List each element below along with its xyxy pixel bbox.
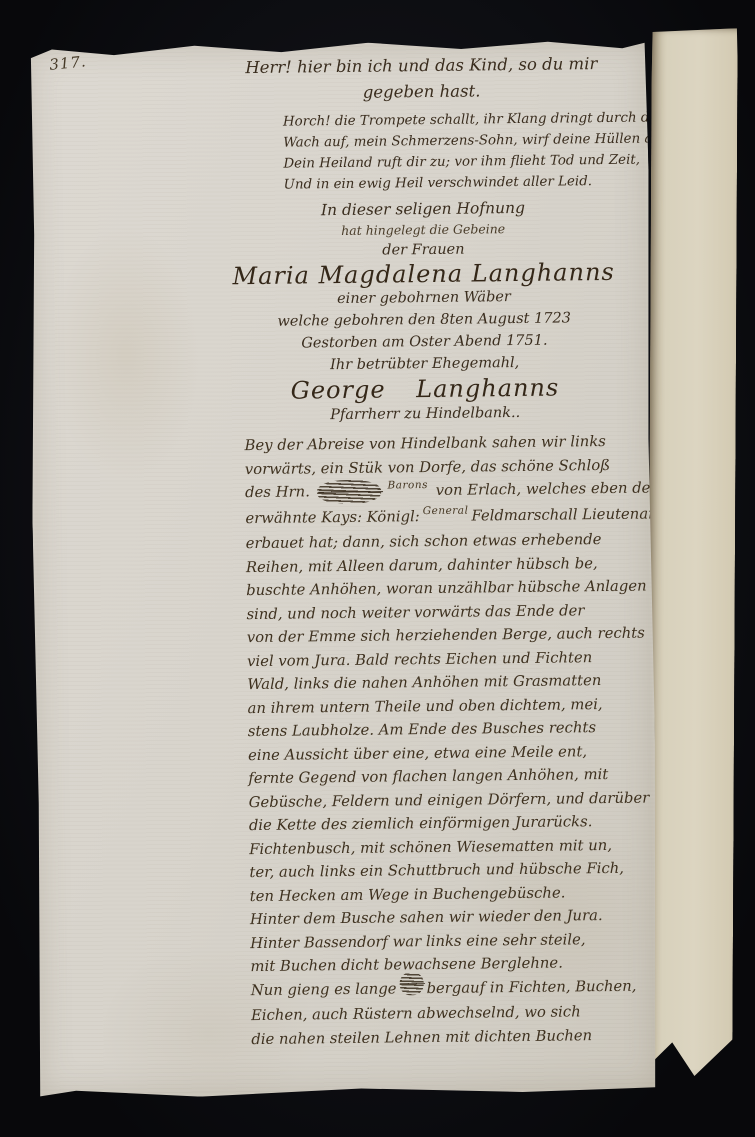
widower-title-line: Pfarrherr zu Hindelbank.. <box>206 401 644 428</box>
folio-number: 317. <box>48 52 87 74</box>
deceased-name: Maria Magdalena Langhanns <box>205 259 643 290</box>
inserted-word-general: General <box>423 504 469 517</box>
manuscript-page: 317. Herr! hier bin ich und das Kind, so… <box>27 39 659 1099</box>
epitaph-headline-line: gegeben hast. <box>202 77 640 108</box>
travel-note-text: erwähnte Kays: Königl: <box>245 508 420 527</box>
travel-note-text: Feldmarschall Lieutenant <box>471 505 663 524</box>
travel-notes: Bey der Abreise von Hindelbank sahen wir… <box>244 430 651 1051</box>
travel-note-line: ter, auch links ein Schuttbruch und hübs… <box>249 857 649 885</box>
travel-note-text: bergauf in Fichten, Buchen, <box>426 977 636 996</box>
struck-insertion: ——— <box>399 972 423 996</box>
manuscript-text-block: Herr! hier bin ich und das Kind, so du m… <box>202 43 651 1052</box>
travel-note-text: Nun gieng es lange <box>251 980 397 999</box>
poem-line: Und in ein ewig Heil verschwindet aller … <box>284 171 642 196</box>
travel-note-line: Hinter dem Busche sahen wir wieder den J… <box>250 904 650 932</box>
travel-note-line: die nahen steilen Lehnen mit dichten Buc… <box>251 1023 651 1051</box>
travel-note-line: buschte Anhöhen, woran unzählbar hübsche… <box>246 575 646 603</box>
paper-stain <box>49 224 202 486</box>
epitaph-headline-line: Herr! hier bin ich und das Kind, so du m… <box>202 51 640 82</box>
underlying-page-edge <box>646 28 737 1076</box>
travel-note-line-bergauf: Nun gieng es lange———bergauf in Fichten,… <box>251 974 651 1004</box>
travel-note-line-erlach: des Hrn. —————Barons von Erlach, welches… <box>245 477 645 507</box>
travel-note-line: stens Laubholze. Am Ende des Busches rec… <box>248 716 648 744</box>
inserted-word-barons: Barons <box>387 479 428 491</box>
travel-note-text: des Hrn. <box>245 483 310 501</box>
struck-word: ————— <box>317 480 381 504</box>
